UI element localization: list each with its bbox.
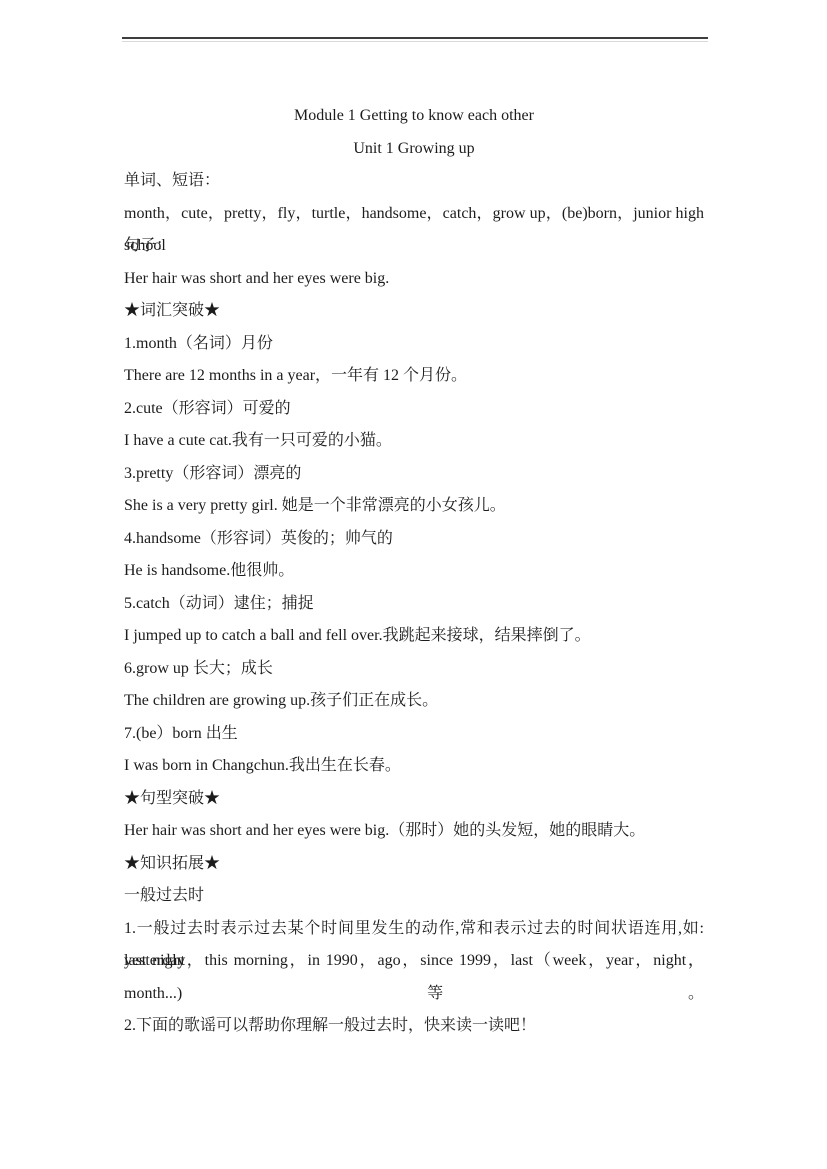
example-be-born: I was born in Changchun.我出生在长春。 — [124, 750, 704, 783]
vocab-item-1-month: 1.month（名词）月份 — [124, 328, 704, 361]
document-body: Module 1 Getting to know each other Unit… — [124, 100, 704, 1043]
past-tense-note-line-2: last night，this morning，in 1990，ago，sinc… — [124, 945, 704, 978]
vocab-item-2-cute: 2.cute（形容词）可爱的 — [124, 393, 704, 426]
page-header-rule — [122, 37, 708, 42]
example-cute: I have a cute cat.我有一只可爱的小猫。 — [124, 425, 704, 458]
sentence-pattern-example: Her hair was short and her eyes were big… — [124, 815, 704, 848]
example-pretty: She is a very pretty girl. 她是一个非常漂亮的小女孩儿… — [124, 490, 704, 523]
section-label-sentences: 句子： — [124, 230, 704, 263]
example-catch: I jumped up to catch a ball and fell ove… — [124, 620, 704, 653]
vocab-item-7-be-born: 7.(be）born 出生 — [124, 718, 704, 751]
past-tense-note-2: 2.下面的歌谣可以帮助你理解一般过去时，快来读一读吧！ — [124, 1010, 704, 1043]
word-list: month，cute，pretty，fly，turtle，handsome，ca… — [124, 198, 704, 231]
heading-vocabulary-breakthrough: ★词汇突破★ — [124, 295, 704, 328]
heading-sentence-pattern-breakthrough: ★句型突破★ — [124, 783, 704, 816]
vocab-item-4-handsome: 4.handsome（形容词）英俊的；帅气的 — [124, 523, 704, 556]
unit-title: Unit 1 Growing up — [124, 133, 704, 166]
vocab-item-6-grow-up: 6.grow up 长大；成长 — [124, 653, 704, 686]
vocab-item-3-pretty: 3.pretty（形容词）漂亮的 — [124, 458, 704, 491]
example-grow-up: The children are growing up.孩子们正在成长。 — [124, 685, 704, 718]
subheading-simple-past-tense: 一般过去时 — [124, 880, 704, 913]
example-month: There are 12 months in a year，一年有 12 个月份… — [124, 360, 704, 393]
example-handsome: He is handsome.他很帅。 — [124, 555, 704, 588]
module-title: Module 1 Getting to know each other — [124, 100, 704, 133]
heading-knowledge-expansion: ★知识拓展★ — [124, 848, 704, 881]
past-tense-note-line-1: 1.一般过去时表示过去某个时间里发生的动作,常和表示过去的时间状语连用,如: y… — [124, 913, 704, 946]
key-sentence: Her hair was short and her eyes were big… — [124, 263, 704, 296]
section-label-words-phrases: 单词、短语： — [124, 165, 704, 198]
vocab-item-5-catch: 5.catch（动词）逮住；捕捉 — [124, 588, 704, 621]
